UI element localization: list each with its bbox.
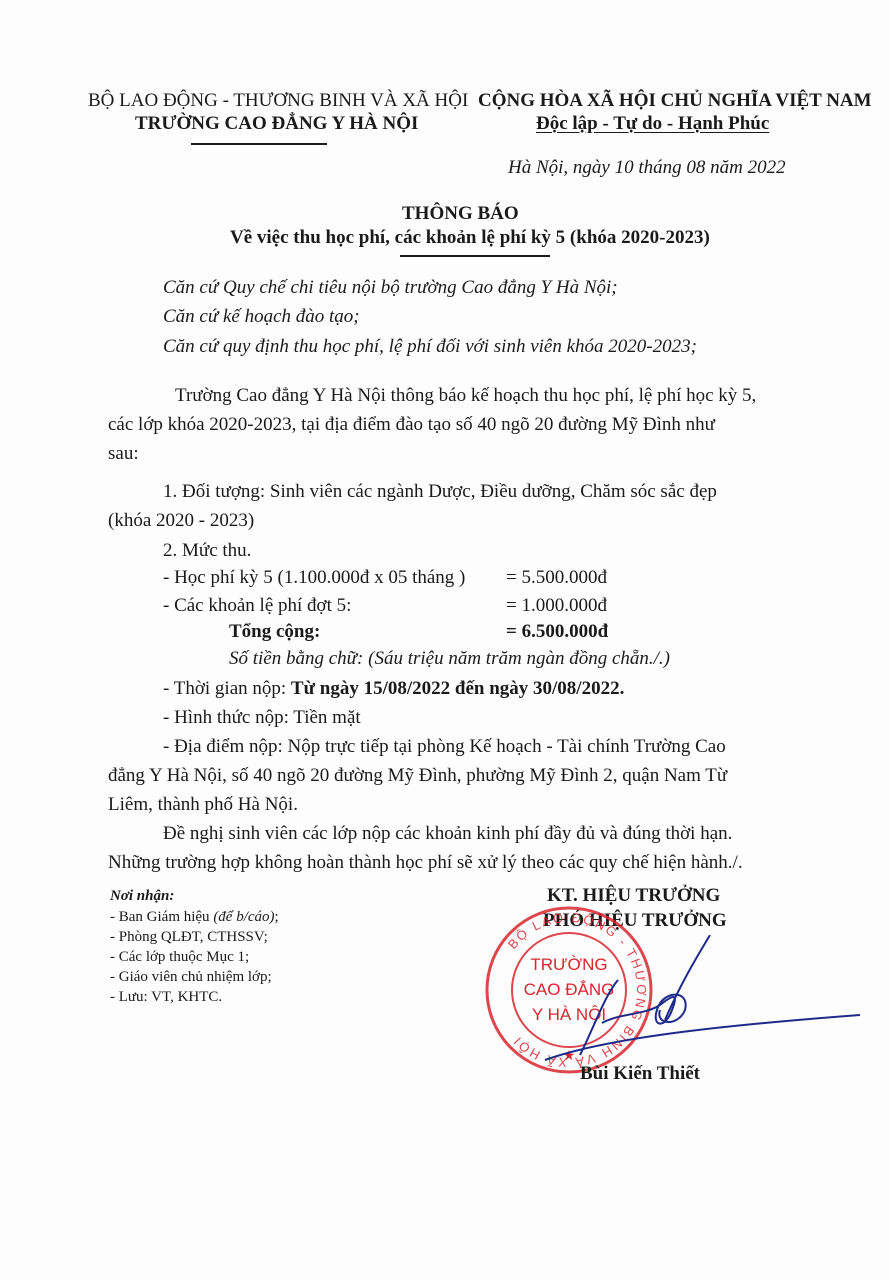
- fee-item-value: = 1.000.000đ: [506, 595, 607, 617]
- total-value: = 6.500.000đ: [506, 621, 608, 643]
- recipient-item: - Các lớp thuộc Mục 1;: [110, 949, 249, 966]
- school-name-underline: [191, 143, 327, 145]
- signatory-on-behalf: KT. HIỆU TRƯỞNG: [547, 885, 720, 907]
- recipients-heading: Nơi nhận:: [110, 888, 174, 905]
- total-label: Tổng cộng:: [229, 621, 320, 643]
- intro-line: Trường Cao đẳng Y Hà Nội thông báo kế ho…: [175, 385, 756, 407]
- closing-line: Đề nghị sinh viên các lớp nộp các khoản …: [163, 823, 732, 845]
- intro-line: sau:: [108, 443, 139, 465]
- document-subtitle: Về việc thu học phí, các khoản lệ phí kỳ…: [230, 227, 710, 249]
- closing-line: Những trường hợp không hoàn thành học ph…: [108, 852, 743, 874]
- recipient-text: - Ban Giám hiệu: [110, 909, 213, 925]
- basis-item: Căn cứ quy định thu học phí, lệ phí đối …: [163, 336, 697, 358]
- basis-item: Căn cứ kế hoạch đào tạo;: [163, 306, 360, 328]
- document-title: THÔNG BÁO: [402, 203, 519, 225]
- recipient-note: (để b/cáo): [213, 909, 274, 925]
- fees-heading: 2. Mức thu.: [163, 540, 251, 562]
- signatory-name: Bùi Kiến Thiết: [580, 1063, 700, 1085]
- school-name: TRƯỜNG CAO ĐẲNG Y HÀ NỘI: [135, 113, 418, 135]
- recipient-item: - Phòng QLĐT, CTHSSV;: [110, 929, 268, 946]
- fee-item-label: - Học phí kỳ 5 (1.100.000đ x 05 tháng ): [163, 567, 465, 589]
- nation-name: CỘNG HÒA XÃ HỘI CHỦ NGHĨA VIỆT NAM: [478, 90, 872, 112]
- target-line: (khóa 2020 - 2023): [108, 510, 254, 532]
- fee-item-value: = 5.500.000đ: [506, 567, 607, 589]
- payment-time-label: - Thời gian nộp:: [163, 678, 291, 699]
- basis-item: Căn cứ Quy chế chi tiêu nội bộ trường Ca…: [163, 277, 618, 299]
- payment-place-line: Liêm, thành phố Hà Nội.: [108, 794, 298, 816]
- payment-time: - Thời gian nộp: Từ ngày 15/08/2022 đến …: [163, 678, 624, 700]
- ministry-name: BỘ LAO ĐỘNG - THƯƠNG BINH VÀ XÃ HỘI: [88, 90, 468, 112]
- motto: Độc lập - Tự do - Hạnh Phúc: [536, 113, 769, 135]
- place-date: Hà Nội, ngày 10 tháng 08 năm 2022: [508, 157, 786, 179]
- target-line: 1. Đối tượng: Sinh viên các ngành Dược, …: [163, 481, 717, 503]
- intro-line: các lớp khóa 2020-2023, tại địa điểm đào…: [108, 414, 715, 436]
- payment-place-line: đẳng Y Hà Nội, số 40 ngõ 20 đường Mỹ Đìn…: [108, 765, 727, 787]
- payment-place-line: - Địa điểm nộp: Nộp trực tiếp tại phòng …: [163, 736, 726, 758]
- signature-icon: [540, 935, 860, 1075]
- subtitle-underline: [400, 255, 550, 257]
- payment-method: - Hình thức nộp: Tiền mặt: [163, 707, 361, 729]
- fee-item-label: - Các khoản lệ phí đợt 5:: [163, 595, 351, 617]
- recipient-suffix: ;: [275, 909, 279, 925]
- recipient-item: - Ban Giám hiệu (để b/cáo);: [110, 909, 279, 926]
- recipient-item: - Giáo viên chủ nhiệm lớp;: [110, 969, 272, 986]
- recipient-item: - Lưu: VT, KHTC.: [110, 989, 222, 1006]
- amount-in-words: Số tiền bằng chữ: (Sáu triệu năm trăm ng…: [229, 648, 670, 670]
- payment-time-value: Từ ngày 15/08/2022 đến ngày 30/08/2022.: [291, 678, 624, 699]
